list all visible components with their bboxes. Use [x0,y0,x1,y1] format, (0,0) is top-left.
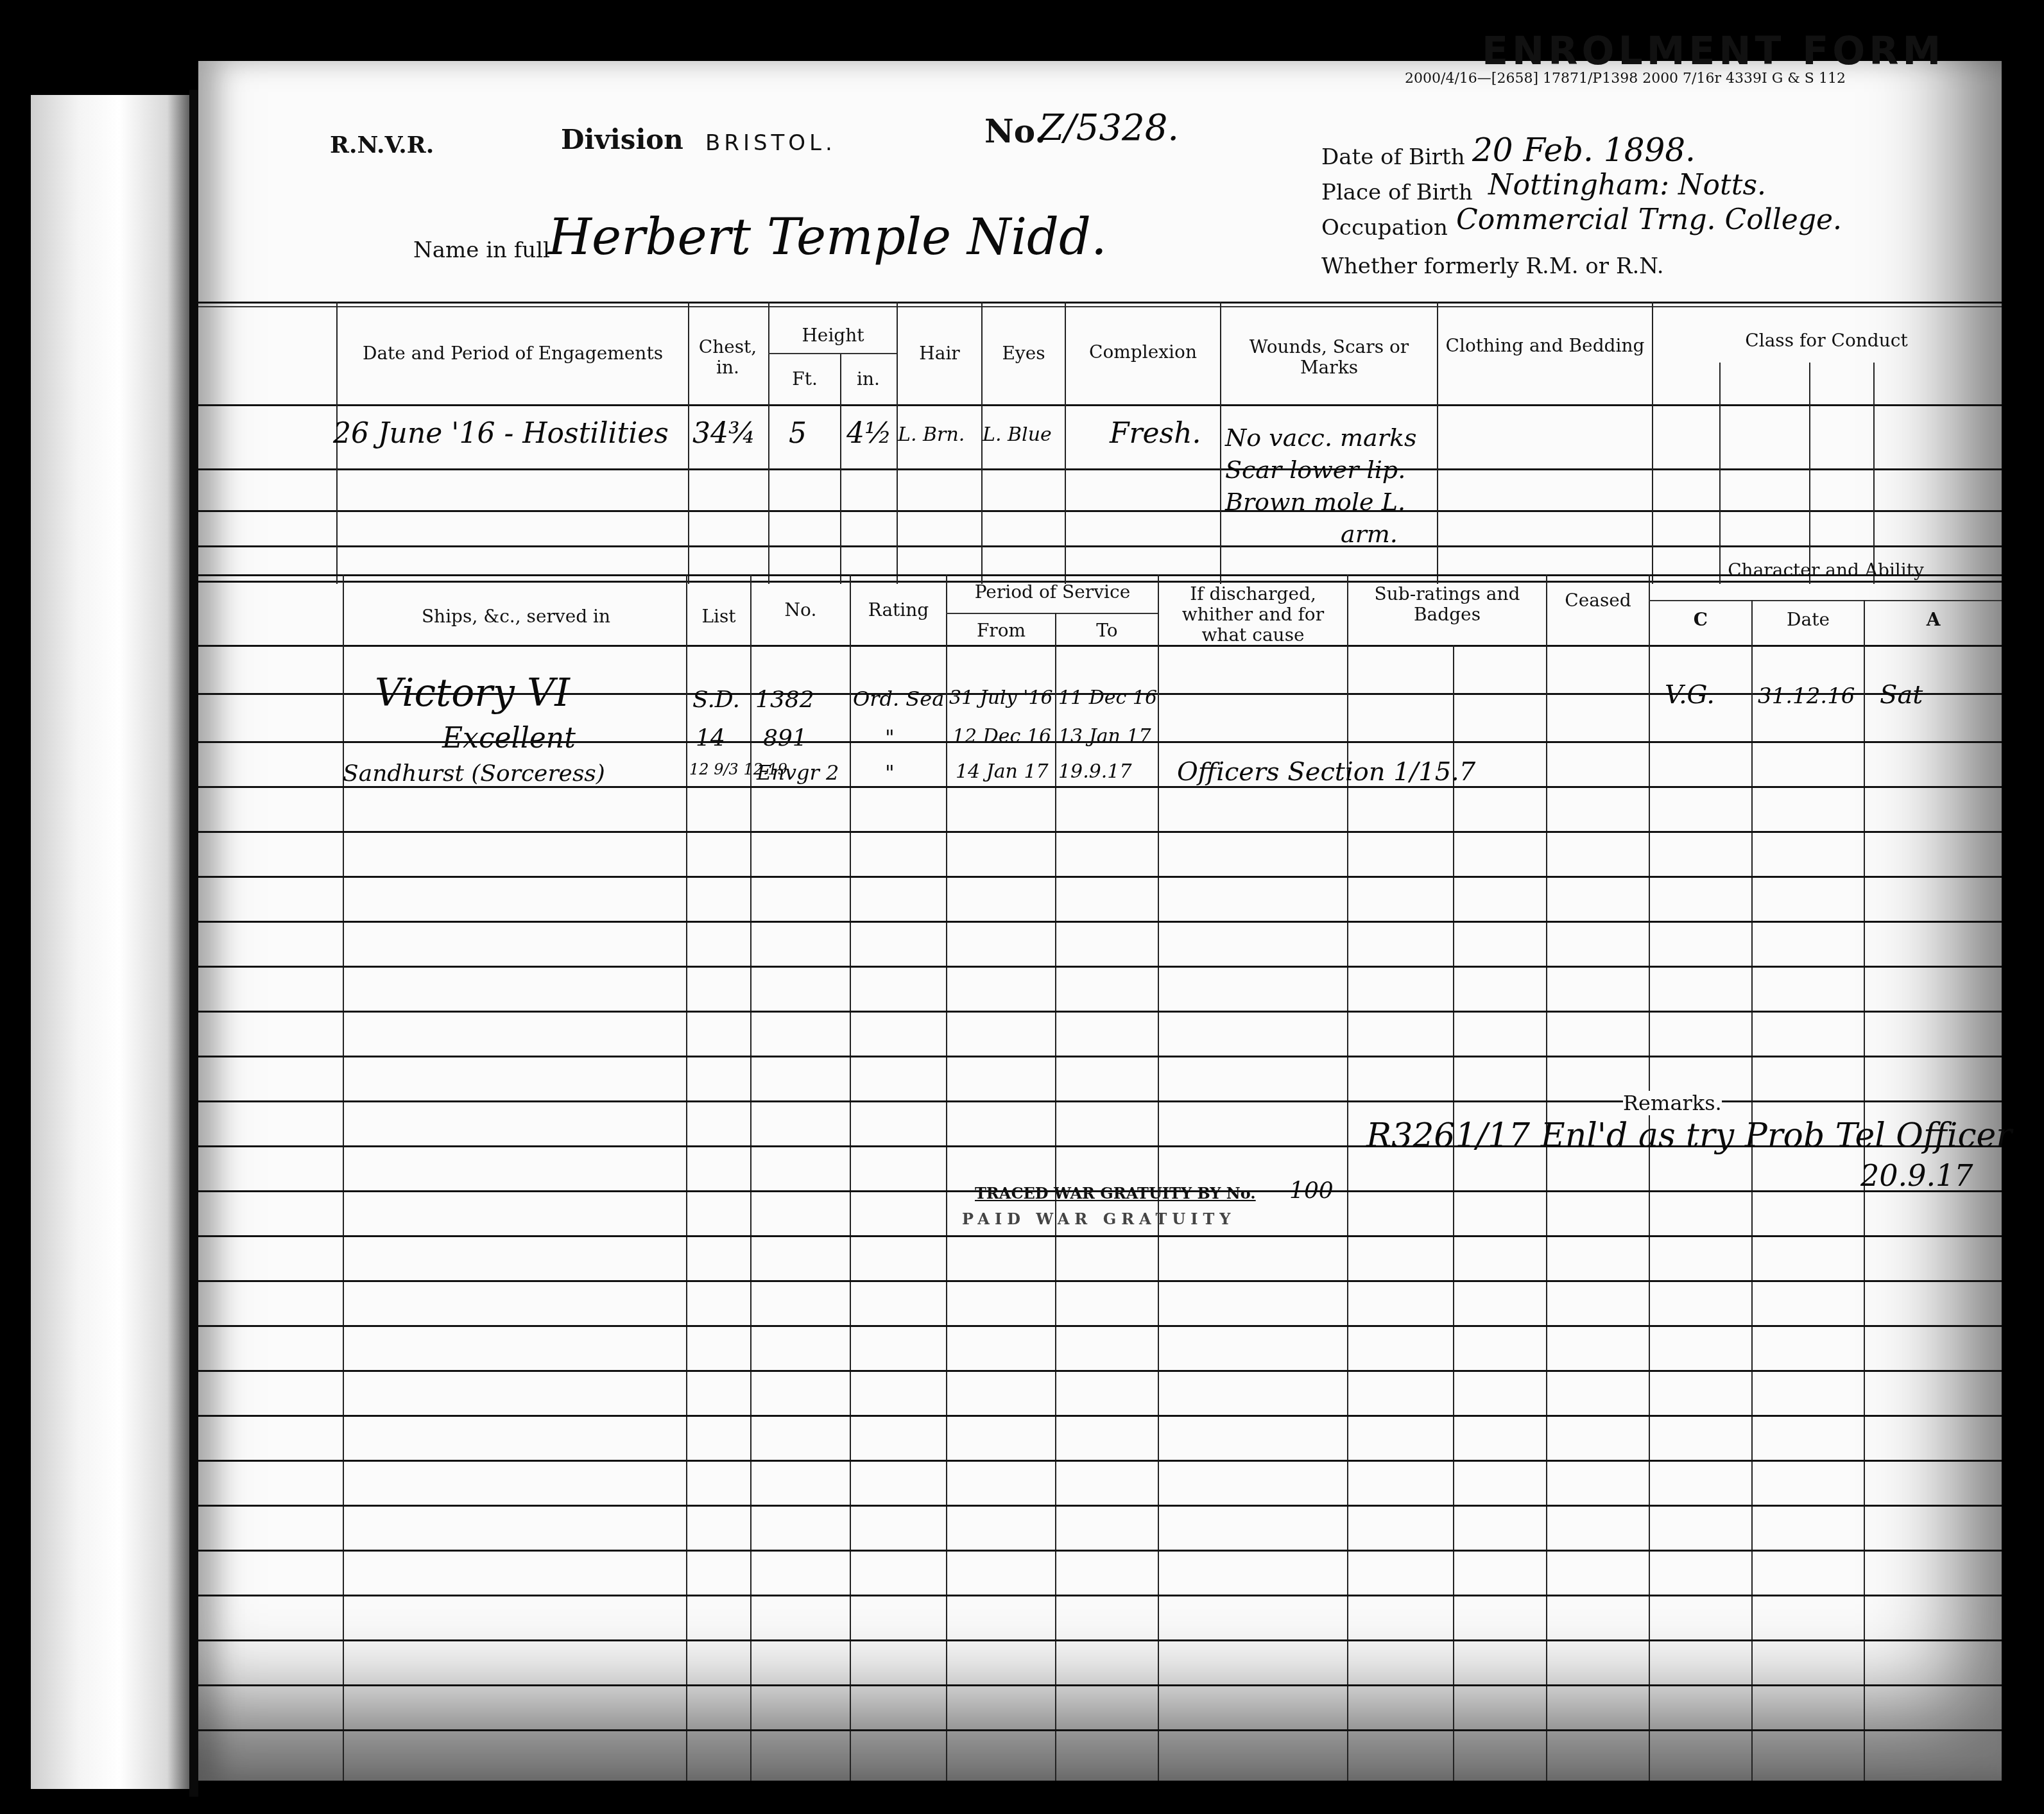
discharged-value: Officers Section 1/15.7 [1177,757,1475,787]
ship-name: Victory VI [375,671,570,715]
character-subline [1649,600,2002,601]
height-subline [768,353,897,354]
col-line [1649,574,1650,1781]
header-height: Height [769,325,897,346]
col-line [1347,574,1348,1781]
chest-value: 34¾ [692,417,756,450]
table-row-line [198,645,2002,647]
wound-line: No vacc. marks [1225,424,1416,452]
header-conduct: Class for Conduct [1653,330,2000,351]
col-line [1546,574,1547,1781]
ship-name: Excellent [442,722,576,755]
table-row-line [198,510,2002,512]
name-label: Name in full [413,237,550,263]
header-period: Period of Service [947,582,1158,603]
table-row-line [198,468,2002,470]
division-label: Division [561,124,683,155]
paid-gratuity-stamp: PAID WAR GRATUITY [962,1210,1235,1228]
from-value: 12 Dec 16 [952,725,1051,748]
col-line [1873,363,1875,584]
col-line [686,574,687,1781]
header-to: To [1056,620,1158,641]
header-wounds: Wounds, Scars or Marks [1221,337,1437,378]
header-no: No. [751,600,850,620]
ability-a-value: Sat [1880,680,1923,710]
header-date: Date [1753,610,1864,630]
col-line [1453,645,1454,1781]
header-a: A [1865,610,2002,630]
ruled-line [198,1100,2002,1102]
ruled-line [198,1505,2002,1507]
character-c-value: V.G. [1665,680,1715,710]
rating-value: Ord. Sea [853,687,944,711]
ruled-line [198,1460,2002,1462]
ruled-line [198,966,2002,968]
col-line [946,574,947,1781]
height-in-value: 4½ [846,417,892,450]
header-engagement: Date and Period of Engagements [346,343,680,364]
print-code: 2000/4/16—[2658] 17871/P1398 2000 7/16r … [1405,71,1846,87]
wound-line: arm. [1341,520,1398,548]
header-hair: Hair [898,343,981,364]
remarks-line-2: 20.9.17 [1860,1158,1973,1193]
header-ships: Ships, &c., served in [346,606,686,627]
header-discharged: If discharged, whither and for what caus… [1159,584,1347,646]
eyes-value: L. Blue [983,424,1052,446]
to-value: 13 Jan 17 [1058,725,1151,748]
engagement-value: 26 June '16 - Hostilities [333,417,669,450]
header-list: List [687,606,750,627]
header-rating: Rating [851,600,946,620]
col-line [1719,363,1721,584]
header-chest: Chest, in. [689,337,766,378]
to-value: 11 Dec 16 [1058,687,1157,709]
ruled-line [198,831,2002,833]
number-value: Z/5328. [1039,107,1179,149]
hair-value: L. Brn. [898,424,965,446]
former-service-label: Whether formerly R.M. or R.N. [1321,253,1664,279]
remarks-label: Remarks. [1623,1091,1722,1115]
ruled-line [198,921,2002,923]
ruled-line [198,786,2002,788]
number-label: No. [984,112,1046,150]
table-row-line [198,404,2002,406]
col-line [1158,574,1159,1781]
ruled-line [198,876,2002,878]
ruled-line [198,1280,2002,1282]
ship-name: Sandhurst (Sorceress) [343,760,605,787]
division-value: BRISTOL. [705,130,836,156]
dob-label: Date of Birth [1321,144,1465,170]
no-value: 891 [763,725,807,751]
ruled-line [198,1056,2002,1057]
enrolment-form-page: ENROLMENT FORM 2000/4/16—[2658] 17871/P1… [198,61,2002,1781]
occupation-label: Occupation [1321,215,1448,241]
col-line [343,574,344,1781]
header-height-ft: Ft. [769,369,840,389]
col-line [750,574,751,1781]
header-eyes: Eyes [983,343,1065,364]
ruled-line [198,1415,2002,1417]
pob-value: Nottingham: Notts. [1488,169,1766,201]
to-value: 19.9.17 [1058,760,1132,783]
period-subline [946,613,1158,614]
ruled-line [198,1550,2002,1552]
ruled-line [198,741,2002,743]
ruled-line [198,1729,2002,1731]
header-from: From [947,620,1055,641]
from-value: 14 Jan 17 [956,760,1049,783]
character-date-value: 31.12.16 [1758,683,1855,709]
occupation-value: Commercial Trng. College. [1456,203,1842,236]
from-value: 31 July '16 [949,687,1053,709]
wound-line: Brown mole L. [1225,488,1405,516]
dob-value: 20 Feb. 1898. [1472,132,1696,169]
col-line [1809,363,1810,584]
complexion-value: Fresh. [1110,417,1201,450]
ruled-line [198,1235,2002,1237]
ruled-line [198,1011,2002,1013]
ruled-line [198,1639,2002,1641]
header-ceased: Ceased [1547,590,1649,611]
adjacent-page-edge [31,95,191,1789]
ruled-line [198,1325,2002,1327]
height-ft-value: 5 [789,417,807,450]
header-subratings: Sub-ratings and Badges [1348,584,1546,625]
rating-value: " [885,760,895,785]
table-row-line [198,545,2002,547]
list-value: 14 [696,725,725,751]
name-value: Herbert Temple Nidd. [548,209,1107,266]
service-label: R.N.V.R. [330,132,434,158]
ruled-line [198,1595,2002,1596]
list-value: S.D. [692,687,740,713]
ruled-line [198,1370,2002,1372]
remarks-line-1: R3261/17 Enl'd as try Prob Tel Officer [1366,1117,2012,1155]
header-clothing: Clothing and Bedding [1438,336,1652,356]
gratuity-stamp: TRACED WAR GRATUITY BY No. [975,1184,1256,1202]
header-complexion: Complexion [1066,342,1220,363]
rating-value: " [885,725,895,749]
no-value: Envgr 2 [757,760,839,785]
col-line [850,574,851,1781]
ruled-line [198,1684,2002,1686]
table-border [198,306,2002,307]
gratuity-number: 100 [1289,1177,1334,1204]
book-spine [189,90,198,1797]
pob-label: Place of Birth [1321,180,1473,205]
form-title: ENROLMENT FORM [1482,29,1945,74]
table-border [198,302,2002,304]
header-c: C [1650,610,1751,630]
header-character: Character and Ability [1650,560,2002,581]
header-height-in: in. [840,369,897,389]
wound-line: Scar lower lip. [1225,456,1405,484]
no-value: 1382 [755,687,814,713]
